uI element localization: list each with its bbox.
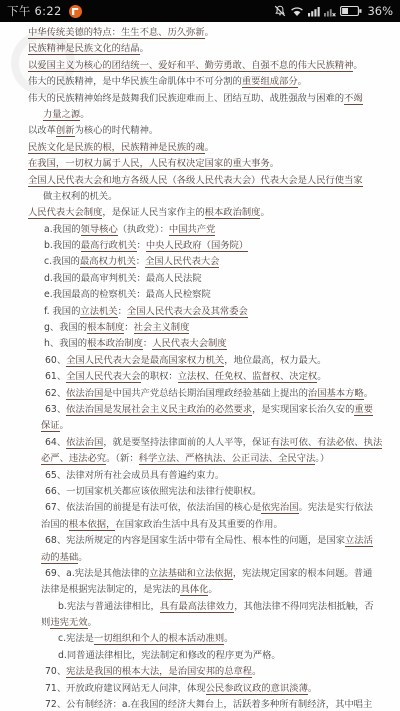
- underlined-text: 社会主义制度: [134, 322, 190, 334]
- underlined-text: 立法权、任免权、监督权、决定权: [178, 371, 317, 383]
- plain-text: 。）: [315, 453, 329, 464]
- plain-text: 。宪法是实行依法: [299, 502, 373, 513]
- document-viewer[interactable]: 中华传统美德的特点：生生不息、历久弥新。民族精神是民族文化的结晶。以爱国主义为核…: [0, 22, 400, 711]
- plain-text: ，地位最高，权力最大。: [224, 355, 326, 366]
- app-notification-icon: [69, 5, 82, 18]
- underlined-text: 中华传统美德的特点：生生不息、历久弥新: [28, 27, 205, 39]
- doc-line: b.我国的最高行政机关：中央人民政府（国务院）: [0, 238, 400, 254]
- plain-text: 71、开放政府建议网站无人问津，体现: [45, 683, 206, 694]
- underlined-text: 全国人民代表大会: [66, 371, 140, 383]
- underlined-text: 立法活: [345, 535, 373, 547]
- underlined-text: 全国人民代表大会是最高国家权力机关: [66, 355, 224, 367]
- underlined-text: 依宪治国: [261, 502, 298, 514]
- doc-line: 66、一切国家机关都应该依照宪法和法律行使职权。: [0, 484, 400, 500]
- doc-line: 民族文化是民族的根，民族精神是民族的魂。: [0, 140, 400, 156]
- plain-text: ，其他法律不得同宪法相抵触，否: [234, 601, 373, 612]
- plain-text: 。: [260, 207, 269, 218]
- doc-line: 动的基础。: [0, 550, 400, 566]
- underlined-text: 根本制度: [87, 322, 124, 334]
- plain-text: ：: [143, 338, 152, 349]
- underlined-text: 具有最高法律效力: [160, 601, 234, 613]
- doc-line: 力量之源。: [0, 107, 400, 123]
- plain-text: ：: [137, 240, 146, 251]
- doc-line: 民族精神是民族文化的结晶。: [0, 41, 400, 57]
- underlined-text: 力量之源: [43, 109, 80, 121]
- doc-line: 68、宪法所规定的内容是国家生活中带有全局性、根本性的问题，是国家立法活: [0, 533, 400, 549]
- plain-text: 。（新：: [106, 453, 139, 464]
- underlined-text: 民族文化是民族的根，民族精神是民族的魂: [28, 142, 205, 154]
- plain-text: 在国家政治生活中具有及其重要的作用。: [115, 519, 282, 530]
- plain-text: 72、公有制经济：a.在我国的经济大舞台上，活跃着多种所有制经济，其中唱主: [45, 699, 372, 710]
- doc-line: 67、依法治国的前提是有法可依，依法治国的核心是依宪治国。宪法是实行依法: [0, 500, 400, 516]
- clock-text: 下午 6:22: [7, 3, 62, 19]
- underlined-text: 立法基础和立法依据: [149, 568, 233, 580]
- plain-text: d.我国的最高审判机关：最高人民法院: [44, 273, 202, 284]
- doc-line: b.宪法与普通法律相比，具有最高法律效力，其他法律不得同宪法相抵触，否: [0, 599, 400, 615]
- underlined-text: 根本政治制度: [205, 207, 261, 219]
- doc-line: 65、法律对所有社会成员具有普遍约束力。: [0, 468, 400, 484]
- plain-text: 则: [41, 617, 50, 628]
- plain-text: ：: [118, 306, 127, 317]
- plain-text: c.我国的: [44, 256, 80, 267]
- plain-text: b.宪法与普通法律相比，: [58, 601, 160, 612]
- plain-text: 是中国共产党总结长期治国理政经验基础上提出的: [103, 388, 308, 399]
- doc-line: 63、依法治国是发展社会主义民主政治的必然要求，是实现国家长治久安的重要: [0, 402, 400, 418]
- underlined-text: 民族精神是民族文化的结晶: [28, 43, 140, 55]
- underlined-text: 违宪无效: [50, 617, 87, 629]
- underlined-text: 根本依据，: [69, 519, 116, 531]
- plain-text: 为核心的时代精神。: [75, 125, 159, 136]
- doc-line: d.同普通法律相比，宪法制定和修改的程序更为严格。: [0, 648, 400, 664]
- doc-line: 以改革创新为核心的时代精神。: [0, 123, 400, 139]
- plain-text: 68、宪法所规定的内容是国家生活中带有全局性、根本性的问题，是国家: [45, 535, 345, 546]
- plain-text: h、我国的: [44, 338, 87, 349]
- underlined-text: 人民代表大会制度: [28, 207, 102, 219]
- mute-bell-icon: [274, 5, 286, 17]
- plain-text: 。: [205, 27, 214, 38]
- plain-text: 。: [80, 109, 89, 120]
- plain-text: 。: [88, 617, 97, 628]
- plain-text: 。: [270, 158, 279, 169]
- doc-line: 71、开放政府建议网站无人问津，体现公民参政议政的意识淡薄。: [0, 681, 400, 697]
- underlined-text: 一切组织和个人的根本活动准则: [94, 633, 224, 645]
- doc-line: e.我国最高的检察机关：最高人民检察院: [0, 287, 400, 303]
- plain-text: 伟大的民族精神，是中华民族生命肌体中不可分割的: [28, 76, 242, 87]
- plain-text: 69、a.宪法是其他法律的: [45, 568, 149, 579]
- underlined-text: 立法机关: [80, 306, 117, 318]
- plain-text: ：: [136, 256, 145, 267]
- doc-line: 中华传统美德的特点：生生不息、历久弥新。: [0, 25, 400, 41]
- plain-text: 70、: [45, 666, 66, 677]
- underlined-text: 动的基础: [41, 552, 78, 564]
- doc-line: 做主权利的机关。: [0, 189, 400, 205]
- underlined-text: 创新: [56, 125, 75, 137]
- underlined-text: 重要组成部分: [242, 76, 298, 88]
- plain-text: 62、: [45, 388, 66, 399]
- doc-line: 72、公有制经济：a.在我国的经济大舞台上，活跃着多种所有制经济，其中唱主: [0, 697, 400, 711]
- underlined-text: 全国人民代表大会: [145, 256, 219, 268]
- underlined-text: 重要: [354, 404, 373, 416]
- plain-text: 。: [317, 371, 326, 382]
- underlined-text: 不竭: [344, 93, 363, 105]
- underlined-text: 必严、违法必究: [41, 453, 106, 465]
- plain-text: ，就是要坚持法律面前的人人平等，保证: [103, 437, 270, 448]
- doc-line: 治国的根本依据，在国家政治生活中具有及其重要的作用。: [0, 517, 400, 533]
- doc-line: 则违宪无效。: [0, 615, 400, 631]
- underlined-text: 科学立法、严格执法、公正司法、全民守法: [139, 453, 316, 465]
- battery-percent-text: 36%: [367, 4, 393, 18]
- status-bar[interactable]: 下午 6:22: [0, 0, 400, 22]
- doc-line: 必严、违法必究。（新：科学立法、严格执法、公正司法、全民守法。）: [0, 451, 400, 467]
- wifi-icon: [290, 6, 304, 17]
- document-body: 中华传统美德的特点：生生不息、历久弥新。民族精神是民族文化的结晶。以爱国主义为核…: [0, 25, 400, 711]
- plain-text: g、我国的: [44, 322, 87, 333]
- underlined-text: 依法治国是发展社会主义民主政治的必然要求: [66, 404, 252, 416]
- underlined-text: 领导核心: [81, 224, 118, 236]
- plain-text: 以改革: [28, 125, 56, 136]
- signal-no-service-icon: [324, 6, 336, 17]
- doc-line: 60、全国人民代表大会是最高国家权力机关，地位最高，权力最大。: [0, 353, 400, 369]
- plain-text: e.我国最高的检察机关：最高人民检察院: [44, 289, 211, 300]
- doc-line: d.我国的最高审判机关：最高人民法院: [0, 271, 400, 287]
- plain-text: 。: [224, 633, 233, 644]
- plain-text: ，是保证人民当家作主的: [102, 207, 204, 218]
- underlined-text: 有法可依、有法必依、执法: [271, 437, 383, 449]
- plain-text: 。: [308, 683, 317, 694]
- plain-text: 。: [60, 420, 69, 431]
- underlined-text: 最高行政机关: [81, 240, 137, 252]
- signal-bars-icon: [308, 6, 320, 17]
- plain-text: f. 我国的: [44, 306, 80, 317]
- plain-text: 。: [298, 76, 307, 87]
- status-bar-right: 36%: [274, 4, 393, 18]
- status-bar-left: 下午 6:22: [7, 3, 82, 19]
- underlined-text: 人民代表大会制度: [152, 338, 226, 350]
- underlined-text: 中国共产党: [169, 224, 216, 236]
- doc-line: 全国人民代表大会和地方各级人民（各级人民代表大会）代表大会是人民行使当家: [0, 173, 400, 189]
- plain-text: 。: [364, 388, 373, 399]
- plain-text: ，宪法规定国家的根本问题。普通: [233, 568, 372, 579]
- underlined-text: 全国人民代表大会及其常委会: [127, 306, 248, 318]
- battery-icon: [340, 5, 362, 17]
- plain-text: 66、一切国家机关都应该依照宪法和法律行使职权。: [45, 486, 261, 497]
- doc-line: c.我国的最高权力机关：全国人民代表大会: [0, 254, 400, 270]
- plain-text: c.宪法是: [58, 633, 94, 644]
- plain-text: 。: [78, 552, 87, 563]
- underlined-text: 依法治国: [66, 388, 103, 400]
- underlined-text: 治国基本方略: [308, 388, 364, 400]
- plain-text: b.我国的: [44, 240, 81, 251]
- doc-line: 伟大的民族精神，是中华民族生命肌体中不可分割的重要组成部分。: [0, 74, 400, 90]
- plain-text: 的职权：: [141, 371, 178, 382]
- doc-line: 69、a.宪法是其他法律的立法基础和立法依据，宪法规定国家的根本问题。普通: [0, 566, 400, 582]
- plain-text: a.我国的: [44, 224, 81, 235]
- doc-line: 保证。: [0, 418, 400, 434]
- underlined-text: 具体化: [180, 584, 208, 596]
- plain-text: 。: [252, 666, 261, 677]
- doc-line: g、我国的根本制度：社会主义制度: [0, 320, 400, 336]
- plain-text: d.同普通法律相比，宪法制定和修改的程序更为严格。: [58, 650, 281, 661]
- plain-text: （执政党）：: [118, 224, 169, 235]
- plain-text: 。: [208, 584, 217, 595]
- plain-text: ，是实现国家长治久安的: [252, 404, 354, 415]
- underlined-text: 中央人民政府（国务院）: [146, 240, 248, 252]
- underlined-text: 根本政治制度: [87, 338, 143, 350]
- underlined-text: 最高权力机关: [80, 256, 136, 268]
- doc-line: 法律是根据宪法制定的，是宪法的具体化。: [0, 582, 400, 598]
- plain-text: 61、: [45, 371, 66, 382]
- plain-text: 67、依法治国的前提是有法可依，依法治国的核心是: [45, 502, 261, 513]
- doc-line: f. 我国的立法机关：全国人民代表大会及其常委会: [0, 304, 400, 320]
- plain-text: 64、: [45, 437, 66, 448]
- plain-text: 治国的: [41, 519, 69, 530]
- plain-text: 。: [353, 60, 362, 71]
- underlined-text: 全国人民代表大会和地方各级人民（各级人民代表大会）代表大会是人民行使当家: [28, 175, 363, 187]
- underlined-text: 依法治国: [66, 437, 103, 449]
- plain-text: 65、法律对所有社会成员具有普遍约束力。: [45, 470, 224, 481]
- doc-line: 62、依法治国是中国共产党总结长期治国理政经验基础上提出的治国基本方略。: [0, 386, 400, 402]
- plain-text: 法律是根据宪法制定的，是宪法的: [41, 584, 180, 595]
- plain-text: 63、: [45, 404, 66, 415]
- doc-line: 70、宪法是我国的根本大法，是治国安邦的总章程。: [0, 664, 400, 680]
- doc-line: 61、全国人民代表大会的职权：立法权、任免权、监督权、决定权。: [0, 369, 400, 385]
- plain-text: 。: [205, 142, 214, 153]
- doc-line: a.我国的领导核心（执政党）：中国共产党: [0, 222, 400, 238]
- plain-text: 60、: [45, 355, 66, 366]
- underlined-text: 在我国，一切权力属于人民，人民有权决定国家的重大事务: [28, 158, 270, 170]
- underlined-text: 公民参政议政的意识淡薄: [206, 683, 308, 695]
- doc-line: h、我国的根本政治制度：人民代表大会制度: [0, 336, 400, 352]
- underlined-text: 以爱国主义为核心的团结统一、爱好和平、勤劳勇敢、自强不息的伟大民族精神: [28, 60, 353, 72]
- doc-line: c.宪法是一切组织和个人的根本活动准则。: [0, 631, 400, 647]
- plain-text: 。: [140, 43, 149, 54]
- doc-line: 以爱国主义为核心的团结统一、爱好和平、勤劳勇敢、自强不息的伟大民族精神。: [0, 58, 400, 74]
- phone-screen: 下午 6:22: [0, 0, 400, 711]
- doc-line: 64、依法治国，就是要坚持法律面前的人人平等，保证有法可依、有法必依、执法: [0, 435, 400, 451]
- underlined-text: 保证: [41, 420, 60, 432]
- plain-text: ：: [124, 322, 133, 333]
- doc-line: 在我国，一切权力属于人民，人民有权决定国家的重大事务。: [0, 156, 400, 172]
- doc-line: 伟大的民族精神始终是鼓舞我们民族迎难而上、团结互助、战胜强敌与困难的不竭: [0, 91, 400, 107]
- plain-text: 伟大的民族精神始终是鼓舞我们民族迎难而上、团结互助、战胜强敌与困难的: [28, 93, 344, 104]
- doc-line: 人民代表大会制度，是保证人民当家作主的根本政治制度。: [0, 205, 400, 221]
- underlined-text: 宪法是我国的根本大法，是治国安邦的总章程: [66, 666, 252, 678]
- plain-text: 做主权利的机关。: [43, 191, 117, 202]
